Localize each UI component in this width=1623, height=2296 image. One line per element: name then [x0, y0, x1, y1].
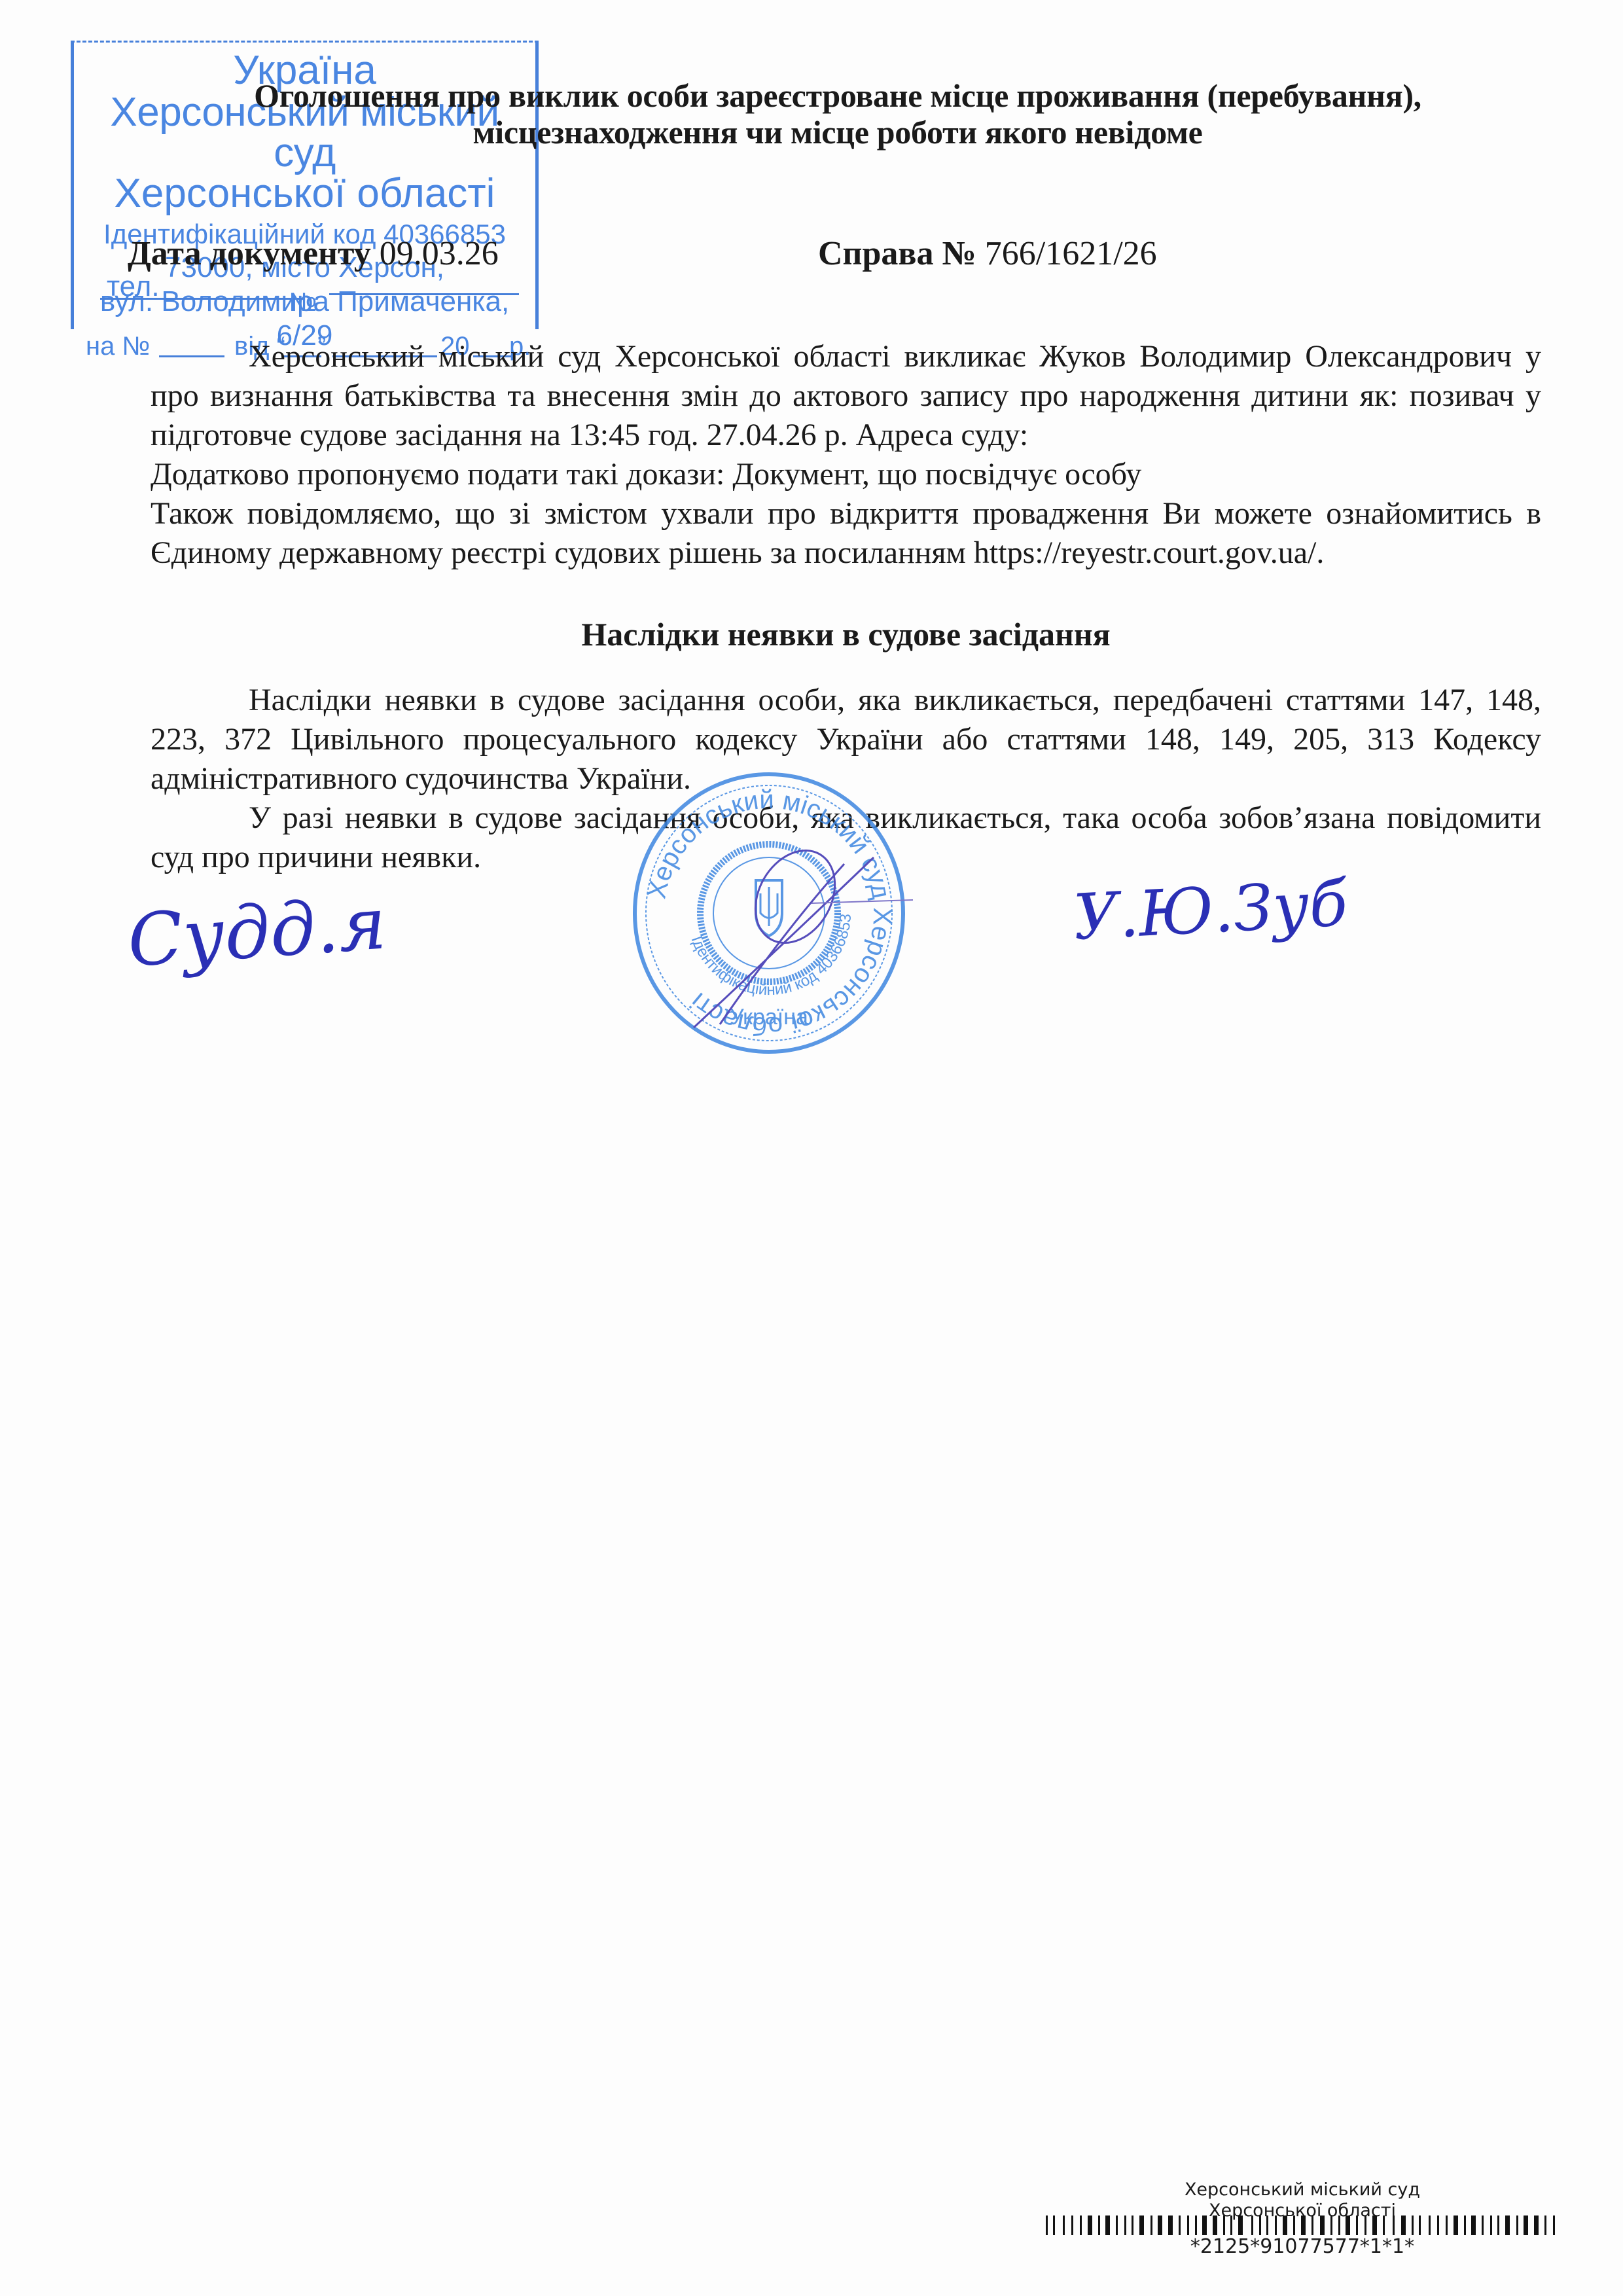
title-line-2: місцезнаходження чи місце роботи якого н… [196, 114, 1479, 151]
court-seal-icon: Херсонський міський суд Херсонської обла… [622, 766, 916, 1060]
registry-paragraph: Також повідомляємо, що зі змістом ухвали… [151, 494, 1541, 573]
judge-handwritten-name: У.Ю.Зуб [1071, 867, 1349, 954]
title-line-1: Оголошення про виклик особи зареєстрован… [196, 77, 1479, 114]
barcode-icon [1046, 2215, 1555, 2235]
evidence-paragraph: Додатково пропонуємо подати такі докази:… [151, 455, 1541, 494]
case-number: Справа № 766/1621/26 [818, 234, 1157, 273]
stamp-region: Херсонської області [74, 173, 535, 214]
date-value: 09.03.26 [380, 235, 499, 272]
barcode-number: *2125*91077577*1*1* [1047, 2235, 1558, 2258]
stamp-number-label: № [283, 288, 323, 317]
footer-court-line-1: Херсонський міський суд [1047, 2179, 1558, 2200]
judge-handwritten-label: Судд.я [125, 881, 389, 982]
svg-text:Україна: Україна [730, 1005, 808, 1030]
document-date: Дата документу 09.03.26 [128, 234, 499, 273]
stamp-underline [329, 293, 519, 295]
date-label: Дата документу [128, 235, 371, 272]
consequences-heading: Наслідки неявки в судове засідання [151, 615, 1541, 653]
summons-paragraph: Херсонський міський суд Херсонської обла… [151, 337, 1541, 455]
case-label: Справа № [818, 235, 976, 272]
case-value: 766/1621/26 [985, 235, 1157, 272]
stamp-underline [100, 298, 303, 300]
document-title: Оголошення про виклик особи зареєстрован… [196, 77, 1479, 151]
summons-body: Херсонський міський суд Херсонської обла… [151, 337, 1541, 573]
